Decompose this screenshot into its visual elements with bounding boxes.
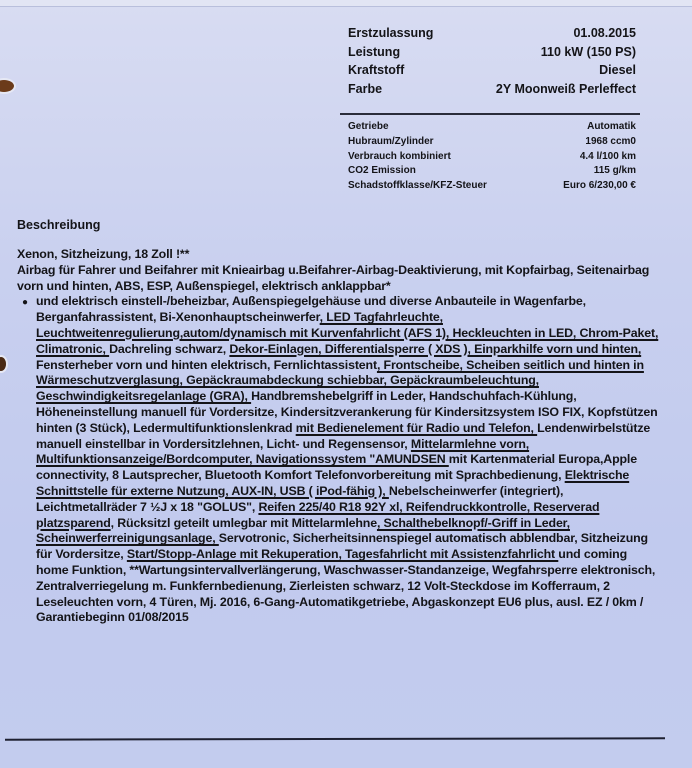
description-body: Xenon, Sitzheizung, 18 Zoll !** Airbag f… [17,247,687,626]
text: Servotronic, Sicherheitsinnenspiegel aut… [219,531,648,545]
text: mit Kartenmaterial Europa,Apple [449,452,637,466]
text: hinten (3 Stück), Ledermultifunktionslen… [36,421,296,435]
tech-label: Verbrauch kombiniert [348,150,451,165]
equipment-line: manuell einstellbar in Vordersitzlehnen,… [17,437,687,453]
underlined-text: Schnittstelle für externe Nutzung, AUX-I… [36,484,389,498]
equipment-line: Climatronic, Dachreling schwarz, Dekor-E… [17,342,687,358]
text: manuell einstellbar in Vordersitzlehnen,… [36,437,411,451]
text: und coming [558,547,627,561]
technical-data: GetriebeAutomatikHubraum/Zylinder1968 cc… [348,120,636,194]
spec-divider [340,113,640,115]
tech-value: 4.4 l/100 km [580,150,636,165]
equipment-line: Geschwindigkeitsregelanlage (GRA), Handb… [17,389,687,405]
summary-value: 2Y Moonweiß Perleffect [496,80,636,99]
tech-row: GetriebeAutomatik [348,120,636,135]
text: Zentralverriegelung m. Funkfernbedienung… [36,579,610,593]
text: , Rücksitzl geteilt umlegbar mit Mittela… [111,516,377,530]
text: Leseleuchten vorn, 4 Türen, Mj. 2016, 6-… [36,595,643,609]
tech-row: Verbrauch kombiniert4.4 l/100 km [348,150,636,165]
underlined-text: , LED Tagfahrleuchte, [320,310,443,324]
description-intro-line: Airbag für Fahrer und Beifahrer mit Knie… [17,263,687,279]
underlined-text: Multifunktionsanzeige/Bordcomputer, Navi… [36,452,449,466]
tech-label: CO2 Emission [348,164,416,179]
underlined-text: Start/Stopp-Anlage mit Rekuperation, Tag… [127,547,558,561]
equipment-line: Schnittstelle für externe Nutzung, AUX-I… [17,484,687,500]
punch-hole [0,80,14,92]
equipment-line: Leseleuchten vorn, 4 Türen, Mj. 2016, 6-… [17,595,687,611]
summary-value: 110 kW (150 PS) [541,43,636,62]
tech-value: Euro 6/230,00 € [563,179,636,194]
bottom-rule [5,737,665,740]
tech-label: Hubraum/Zylinder [348,135,434,150]
text: connectivity, 8 Lautsprecher, Bluetooth … [36,468,565,482]
equipment-line: Scheinwerferreinigungsanlage, Servotroni… [17,531,687,547]
text: Nebelscheinwerfer (integriert), [389,484,563,498]
underlined-text: Reifen 225/40 R18 92Y xl, Reifendruckkon… [258,500,599,514]
text: für Vordersitze, [36,547,127,561]
underlined-text: Scheinwerferreinigungsanlage, [36,531,219,545]
section-title: Beschreibung [17,218,100,232]
text: home Funktion, **Wartungsintervallverlän… [36,563,655,577]
equipment-list: ●und elektrisch einstell-/beheizbar, Auß… [17,294,687,626]
summary-row: KraftstoffDiesel [348,61,636,80]
equipment-line: Zentralverriegelung m. Funkfernbedienung… [17,579,687,595]
underlined-text: Geschwindigkeitsregelanlage (GRA), [36,389,251,403]
tech-value: Automatik [587,120,636,135]
equipment-line: Multifunktionsanzeige/Bordcomputer, Navi… [17,452,687,468]
text: Garantiebeginn 01/08/2015 [36,610,189,624]
equipment-line: Wärmeschutzverglasung, Gepäckraumabdecku… [17,373,687,389]
tech-value: 1968 ccm0 [585,135,636,150]
underlined-text: Wärmeschutzverglasung, Gepäckraumabdecku… [36,373,539,387]
underlined-text: Elektrische [565,468,629,482]
equipment-line: Leuchtweitenregulierung,autom/dynamisch … [17,326,687,342]
tech-label: Getriebe [348,120,389,135]
vehicle-summary: Erstzulassung01.08.2015Leistung110 kW (1… [348,24,636,98]
description-headline: Xenon, Sitzheizung, 18 Zoll !** [17,247,687,263]
underlined-text: Climatronic, [36,342,109,356]
tech-label: Schadstoffklasse/KFZ-Steuer [348,179,487,194]
summary-value: 01.08.2015 [573,24,636,43]
summary-label: Kraftstoff [348,61,404,80]
underlined-text: Dekor-Einlagen, Differentialsperre ( XDS… [229,342,641,356]
equipment-line: platzsparend, Rücksitzl geteilt umlegbar… [17,516,687,532]
summary-row: Leistung110 kW (150 PS) [348,43,636,62]
text: und elektrisch einstell-/beheizbar, Auße… [36,294,586,308]
description-intro-line: vorn und hinten, ABS, ESP, Außenspiegel,… [17,279,687,295]
text: Berganfahrassistent, Bi-Xenonhauptschein… [36,310,320,324]
text: Lendenwirbelstütze [537,421,650,435]
paper-top-edge [0,0,692,7]
underlined-text: Leuchtweitenregulierung,autom/dynamisch … [36,326,658,340]
equipment-line: Garantiebeginn 01/08/2015 [17,610,687,626]
equipment-line: ●und elektrisch einstell-/beheizbar, Auß… [17,294,687,310]
equipment-line: Berganfahrassistent, Bi-Xenonhauptschein… [17,310,687,326]
tech-row: CO2 Emission115 g/km [348,164,636,179]
equipment-line: hinten (3 Stück), Ledermultifunktionslen… [17,421,687,437]
equipment-line: für Vordersitze, Start/Stopp-Anlage mit … [17,547,687,563]
summary-label: Leistung [348,43,400,62]
tech-value: 115 g/km [594,164,636,179]
equipment-line: Höheneinstellung manuell für Vordersitze… [17,405,687,421]
equipment-line: connectivity, 8 Lautsprecher, Bluetooth … [17,468,687,484]
underlined-text: platzsparend [36,516,111,530]
summary-label: Erstzulassung [348,24,433,43]
tech-row: Schadstoffklasse/KFZ-SteuerEuro 6/230,00… [348,179,636,194]
text: Dachreling schwarz, [109,342,229,356]
summary-value: Diesel [599,61,636,80]
text: Fensterheber vorn und hinten elektrisch,… [36,358,377,372]
tech-row: Hubraum/Zylinder1968 ccm0 [348,135,636,150]
underlined-text: , Schalthebelknopf/-Griff in Leder, [377,516,570,530]
summary-row: Erstzulassung01.08.2015 [348,24,636,43]
text: Leichtmetallräder 7 ½J x 18 "GOLUS", [36,500,258,514]
underlined-text: mit Bedienelement für Radio und Telefon, [296,421,537,435]
underlined-text: , Frontscheibe, Scheiben seitlich und hi… [377,358,644,372]
punch-hole [0,357,6,371]
summary-row: Farbe2Y Moonweiß Perleffect [348,80,636,99]
bullet-icon: ● [22,295,36,311]
summary-label: Farbe [348,80,382,99]
equipment-line: home Funktion, **Wartungsintervallverlän… [17,563,687,579]
equipment-line: Fensterheber vorn und hinten elektrisch,… [17,358,687,374]
text: Höheneinstellung manuell für Vordersitze… [36,405,658,419]
underlined-text: Mittelarmlehne vorn, [411,437,529,451]
equipment-line: Leichtmetallräder 7 ½J x 18 "GOLUS", Rei… [17,500,687,516]
text: Handbremshebelgriff in Leder, Handschuhf… [251,389,576,403]
